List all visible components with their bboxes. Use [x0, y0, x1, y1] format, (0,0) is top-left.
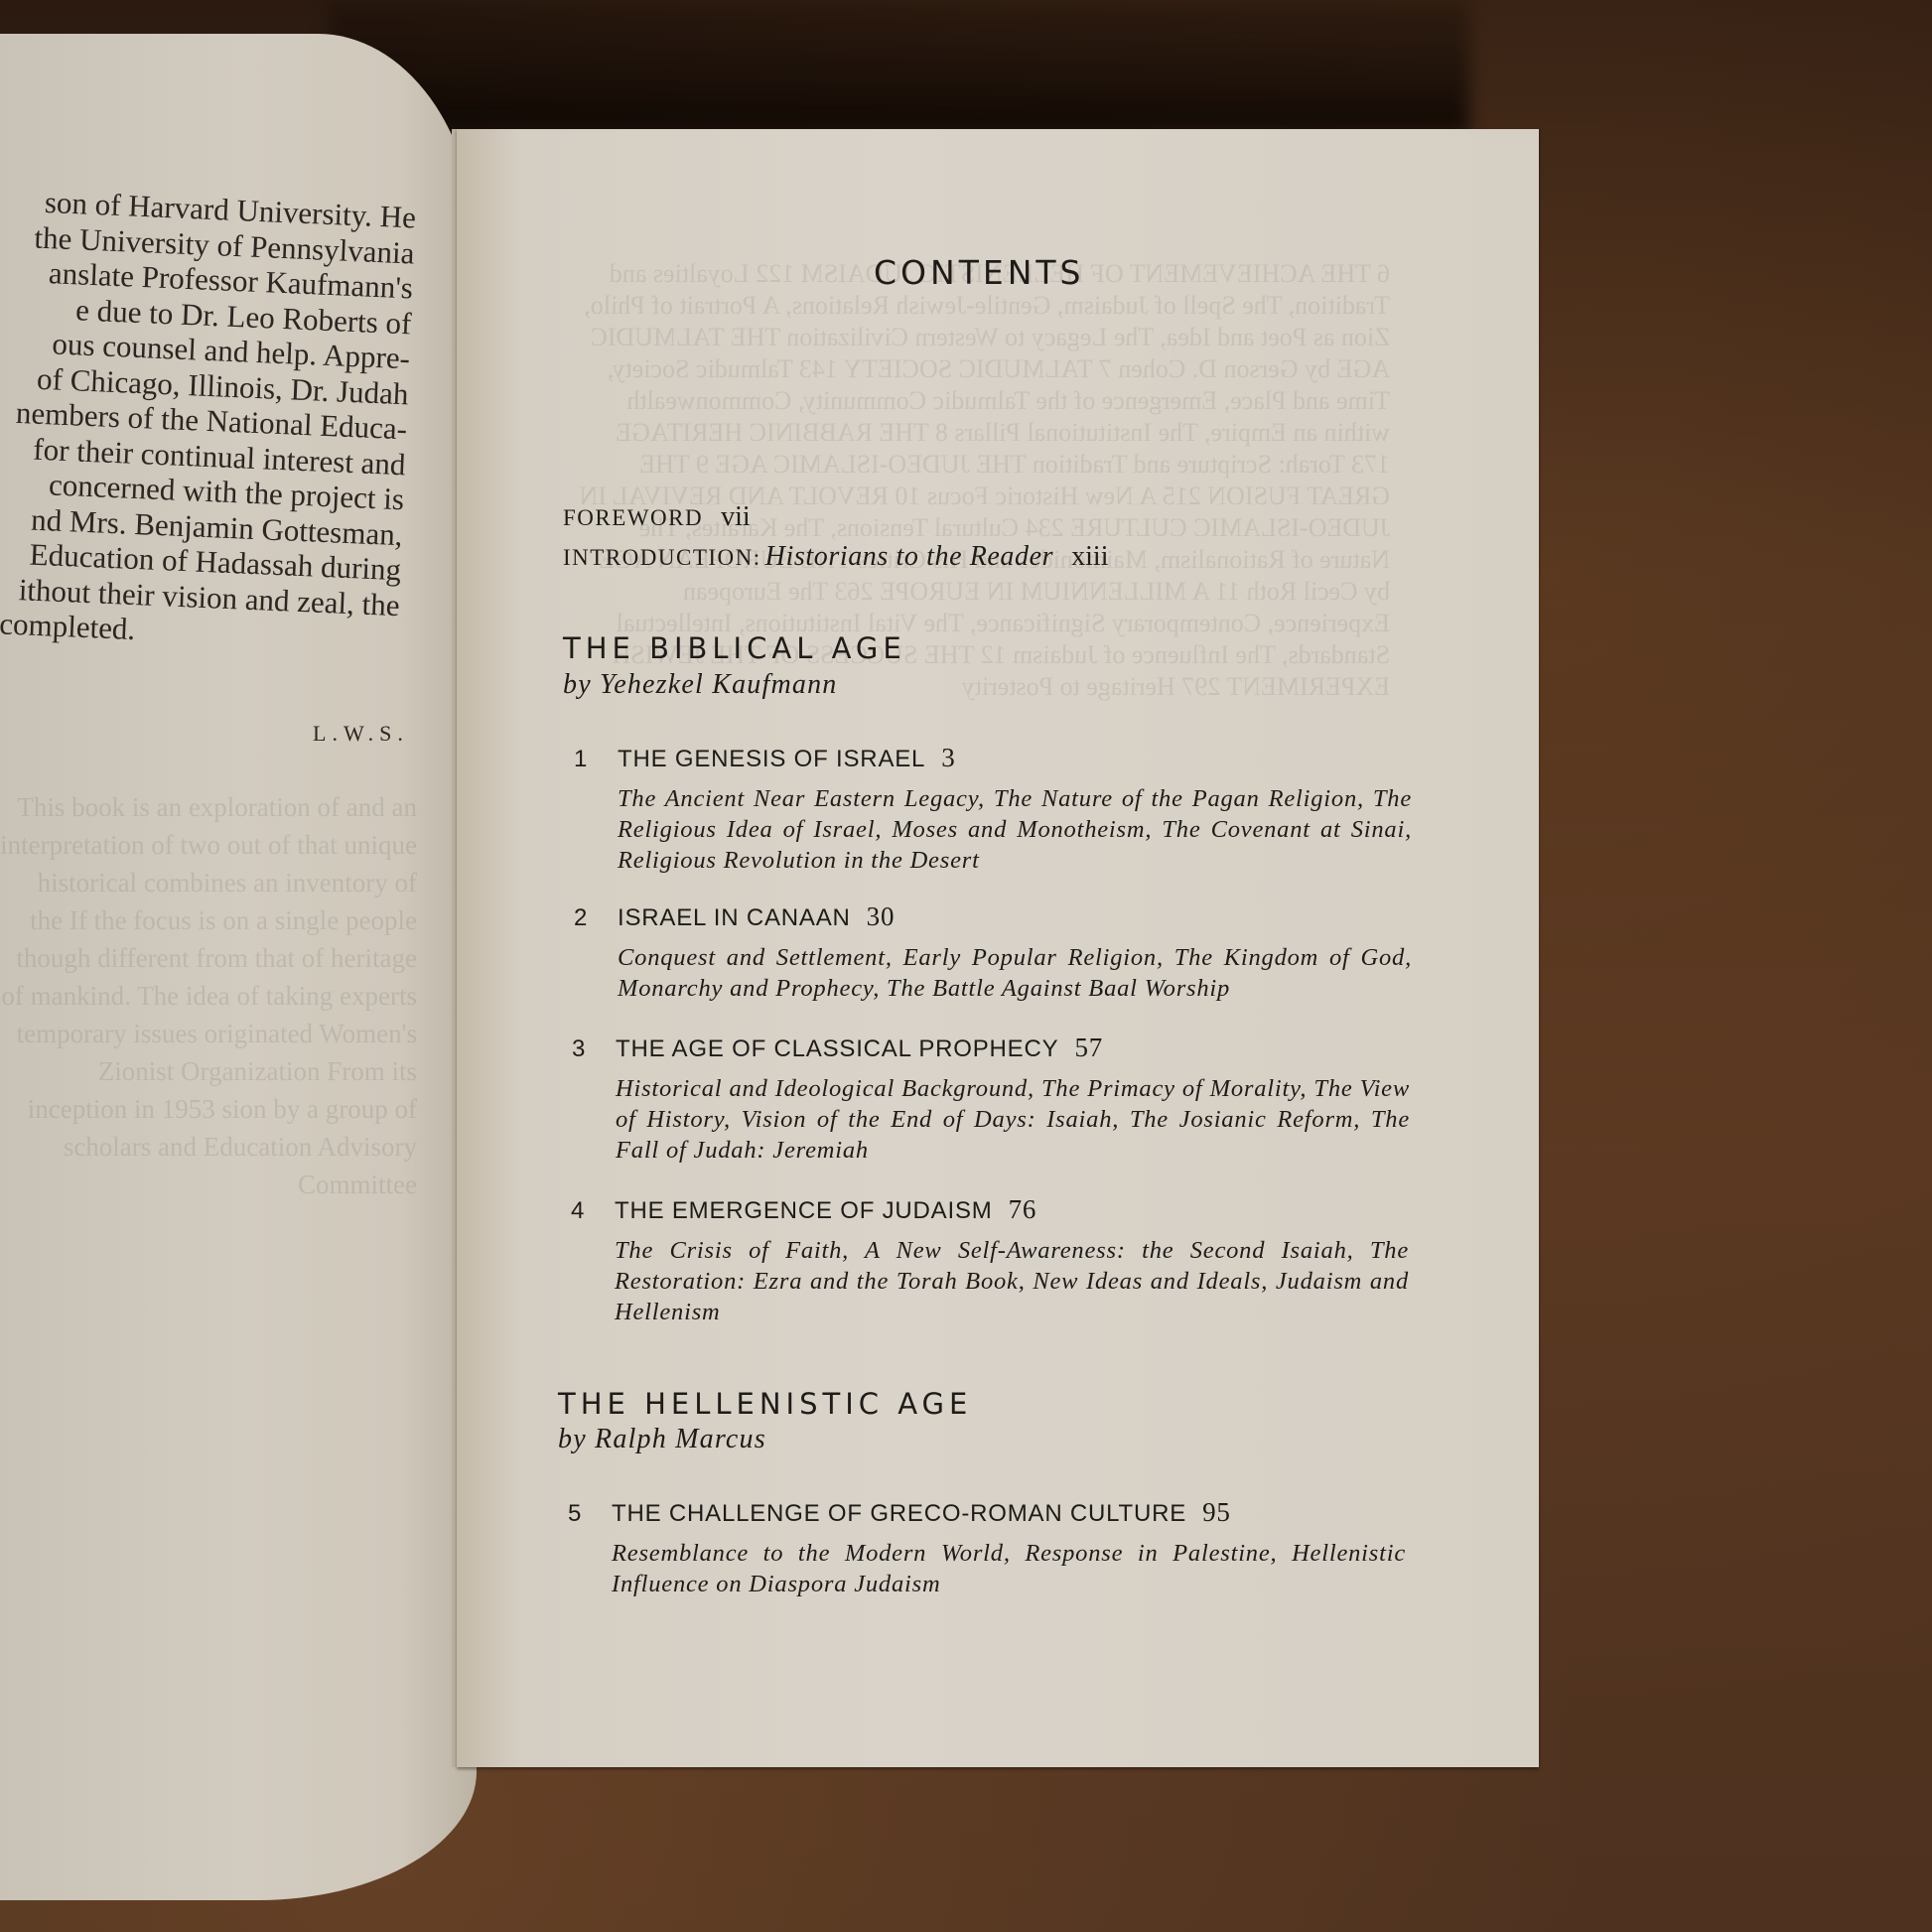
- entry-label: FOREWORD: [563, 505, 703, 530]
- chapter-description: Conquest and Settlement, Early Popular R…: [618, 942, 1412, 1004]
- left-page-bleed-through: This book is an exploration of and an in…: [0, 788, 417, 1203]
- chapter-title: THE CHALLENGE OF GRECO-ROMAN CULTURE: [612, 1500, 1186, 1527]
- toc-entry-introduction: INTRODUCTION: Historians to the Reader x…: [563, 541, 1109, 573]
- chapter-page: 95: [1202, 1497, 1231, 1527]
- chapter-description: The Ancient Near Eastern Legacy, The Nat…: [618, 783, 1412, 876]
- left-page: This book is an exploration of and an in…: [0, 34, 477, 1900]
- left-page-text: son of Harvard University. He the Univer…: [0, 183, 417, 658]
- page-title: CONTENTS: [874, 253, 1085, 292]
- chapter-page: 57: [1074, 1033, 1103, 1062]
- chapter-title: THE AGE OF CLASSICAL PROPHECY: [616, 1035, 1058, 1062]
- toc-chapter: 5THE CHALLENGE OF GRECO-ROMAN CULTURE95 …: [568, 1497, 1362, 1599]
- chapter-description: Historical and Ideological Background, T…: [616, 1073, 1410, 1166]
- chapter-title: THE EMERGENCE OF JUDAISM: [615, 1197, 993, 1224]
- chapter-page: 3: [941, 743, 955, 772]
- toc-chapter: 2ISRAEL IN CANAAN30 Conquest and Settlem…: [574, 901, 1368, 1004]
- chapter-number: 4: [571, 1197, 615, 1225]
- chapter-number: 2: [574, 904, 618, 932]
- section-heading: THE BIBLICAL AGE: [563, 631, 906, 665]
- chapter-number: 5: [568, 1500, 612, 1528]
- toc-chapter: 4THE EMERGENCE OF JUDAISM76 The Crisis o…: [571, 1194, 1365, 1327]
- chapter-page: 76: [1009, 1194, 1037, 1224]
- toc-chapter: 3THE AGE OF CLASSICAL PROPHECY57 Histori…: [572, 1033, 1366, 1166]
- toc-entry-foreword: FOREWORD vii: [563, 501, 751, 533]
- chapter-number: 3: [572, 1035, 616, 1063]
- page-shadow: [328, 0, 1469, 134]
- entry-page: xiii: [1071, 541, 1108, 572]
- chapter-title: THE GENESIS OF ISRAEL: [618, 746, 925, 772]
- entry-label: INTRODUCTION:: [563, 545, 761, 570]
- chapter-page: 30: [867, 901, 896, 931]
- chapter-title: ISRAEL IN CANAAN: [618, 904, 851, 931]
- section-author: by Yehezkel Kaufmann: [563, 669, 838, 701]
- chapter-number: 1: [574, 746, 618, 773]
- signature-initials: L.W.S.: [313, 721, 409, 747]
- entry-page: vii: [721, 501, 751, 532]
- chapter-description: The Crisis of Faith, A New Self-Awarenes…: [615, 1235, 1409, 1327]
- section-heading: THE HELLENISTIC AGE: [558, 1387, 972, 1421]
- toc-chapter: 1THE GENESIS OF ISRAEL3 The Ancient Near…: [574, 743, 1368, 876]
- section-author: by Ralph Marcus: [558, 1424, 766, 1455]
- chapter-description: Resemblance to the Modern World, Respons…: [612, 1538, 1406, 1599]
- entry-subtitle: Historians to the Reader: [765, 541, 1054, 572]
